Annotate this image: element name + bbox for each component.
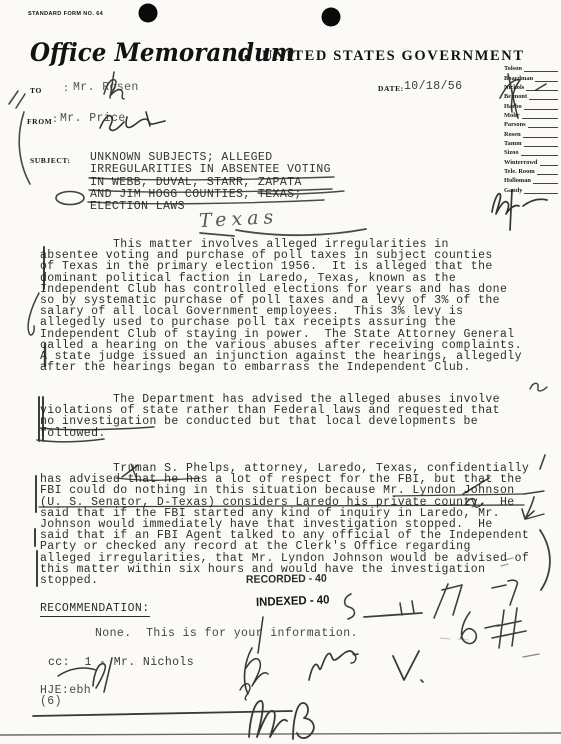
routing-list-item: Parsons bbox=[504, 119, 558, 128]
routing-list-item: Tolson bbox=[504, 63, 558, 72]
routing-blank-line bbox=[540, 160, 559, 166]
routing-name: Parsons bbox=[504, 121, 526, 128]
body-line: of Texas in the primary election 1956. I… bbox=[40, 261, 540, 272]
routing-blank-line bbox=[537, 169, 558, 175]
routing-blank-line bbox=[528, 122, 558, 128]
routing-name: Sizoo bbox=[504, 149, 519, 156]
routing-list-item: Mohr bbox=[504, 110, 558, 119]
from-value: Mr. Price bbox=[60, 112, 126, 125]
routing-list-item: Nichols bbox=[504, 82, 558, 91]
org-title: UNITED STATES GOVERNMENT bbox=[262, 48, 525, 65]
body-line: Party or checked any record at the Clerk… bbox=[40, 541, 540, 552]
routing-name: Belmont bbox=[504, 93, 527, 100]
routing-list-item: Harbo bbox=[504, 100, 558, 109]
date-label: DATE: bbox=[378, 84, 404, 93]
routing-signature-mark bbox=[492, 190, 547, 230]
to-value: Mr. Rosen bbox=[73, 81, 139, 94]
routing-name: Gandy bbox=[504, 187, 522, 194]
routing-name: Harbo bbox=[504, 103, 522, 110]
subject-circle-mark bbox=[56, 192, 84, 205]
routing-blank-line bbox=[521, 150, 558, 156]
recommendation-text: None. This is for your information. bbox=[95, 627, 358, 640]
routing-list-item: Holloman bbox=[504, 175, 558, 184]
routing-blank-line bbox=[523, 132, 558, 138]
routing-name: Boardman bbox=[504, 75, 533, 82]
from-separator: : bbox=[52, 115, 58, 126]
routing-name: Tolson bbox=[504, 65, 522, 72]
title-bullet: • bbox=[244, 49, 249, 66]
date-value: 10/18/56 bbox=[404, 80, 462, 93]
routing-name: Winterrowd bbox=[504, 159, 538, 166]
body-paragraph-2: The Department has advised the alleged a… bbox=[40, 394, 540, 439]
body-paragraph-1: This matter involves alleged irregularit… bbox=[40, 239, 540, 373]
routing-list: Tolson Boardman Nichols Belmont Harbo Mo… bbox=[504, 63, 558, 194]
body-line: after the hearings began to embarrass th… bbox=[40, 362, 540, 373]
routing-list-item: Sizoo bbox=[504, 147, 558, 156]
routing-blank-line bbox=[524, 104, 558, 110]
cc-line: cc: 1 - Mr. Nichols bbox=[48, 656, 194, 669]
routing-name: Holloman bbox=[504, 177, 531, 184]
routing-name: Mohr bbox=[504, 112, 520, 119]
routing-blank-line bbox=[524, 188, 558, 194]
routing-name: Rosen bbox=[504, 131, 521, 138]
body-line: no investigation be conducted but that l… bbox=[40, 416, 540, 427]
texas-handwriting: Texas bbox=[198, 206, 278, 232]
form-number-label: STANDARD FORM NO. 64 bbox=[28, 11, 103, 17]
routing-list-item: Gandy bbox=[504, 184, 558, 193]
recorded-stamp: RECORDED - 40 bbox=[246, 573, 327, 586]
to-label: TO bbox=[30, 86, 42, 95]
routing-list-item: Tamm bbox=[504, 138, 558, 147]
routing-list-item: Rosen bbox=[504, 128, 558, 137]
routing-list-item: Boardman bbox=[504, 72, 558, 81]
memo-page: STANDARD FORM NO. 64 Office Memorandum •… bbox=[0, 0, 561, 744]
indexed-stamp: INDEXED - 40 bbox=[256, 592, 330, 609]
routing-blank-line bbox=[524, 66, 558, 72]
body-line: Independent Club of staying in power. Th… bbox=[40, 329, 540, 340]
bottom-rule bbox=[0, 733, 561, 735]
copy-count: (6) bbox=[40, 695, 62, 708]
routing-list-item: Tele. Room bbox=[504, 166, 558, 175]
punch-hole-dots bbox=[139, 4, 341, 27]
routing-blank-line bbox=[522, 113, 558, 119]
routing-name: Tele. Room bbox=[504, 168, 535, 175]
routing-blank-line bbox=[524, 141, 558, 147]
routing-name: Nichols bbox=[504, 84, 524, 91]
body-line: followed. bbox=[40, 428, 540, 439]
routing-blank-line bbox=[529, 94, 558, 100]
recommendation-label: RECOMMENDATION: bbox=[40, 602, 150, 615]
body-line: allegedly used to purchase poll tax rece… bbox=[40, 317, 540, 328]
from-label: FROM bbox=[27, 117, 52, 126]
routing-blank-line bbox=[535, 76, 558, 82]
to-separator: : bbox=[63, 84, 69, 95]
routing-blank-line bbox=[526, 85, 558, 91]
body-paragraph-3: Truman S. Phelps, attorney, Laredo, Texa… bbox=[40, 463, 540, 586]
subject-block: UNKNOWN SUBJECTS; ALLEGEDIRREGULARITIES … bbox=[90, 152, 331, 213]
routing-list-item: Winterrowd bbox=[504, 156, 558, 165]
subject-label: SUBJECT: bbox=[30, 156, 71, 165]
body-line: FBI could do nothing in this situation b… bbox=[40, 485, 540, 496]
from-margin-marks bbox=[9, 91, 30, 184]
subject-line: IRREGULARITIES IN ABSENTEE VOTING bbox=[90, 164, 331, 176]
file-number-scrawl bbox=[345, 580, 526, 648]
routing-list-item: Belmont bbox=[504, 91, 558, 100]
memo-title: Office Memorandum bbox=[30, 38, 295, 67]
routing-name: Tamm bbox=[504, 140, 522, 147]
body-line: alleged irregularities, that Mr. Lyndon … bbox=[40, 553, 540, 564]
routing-blank-line bbox=[533, 178, 558, 184]
